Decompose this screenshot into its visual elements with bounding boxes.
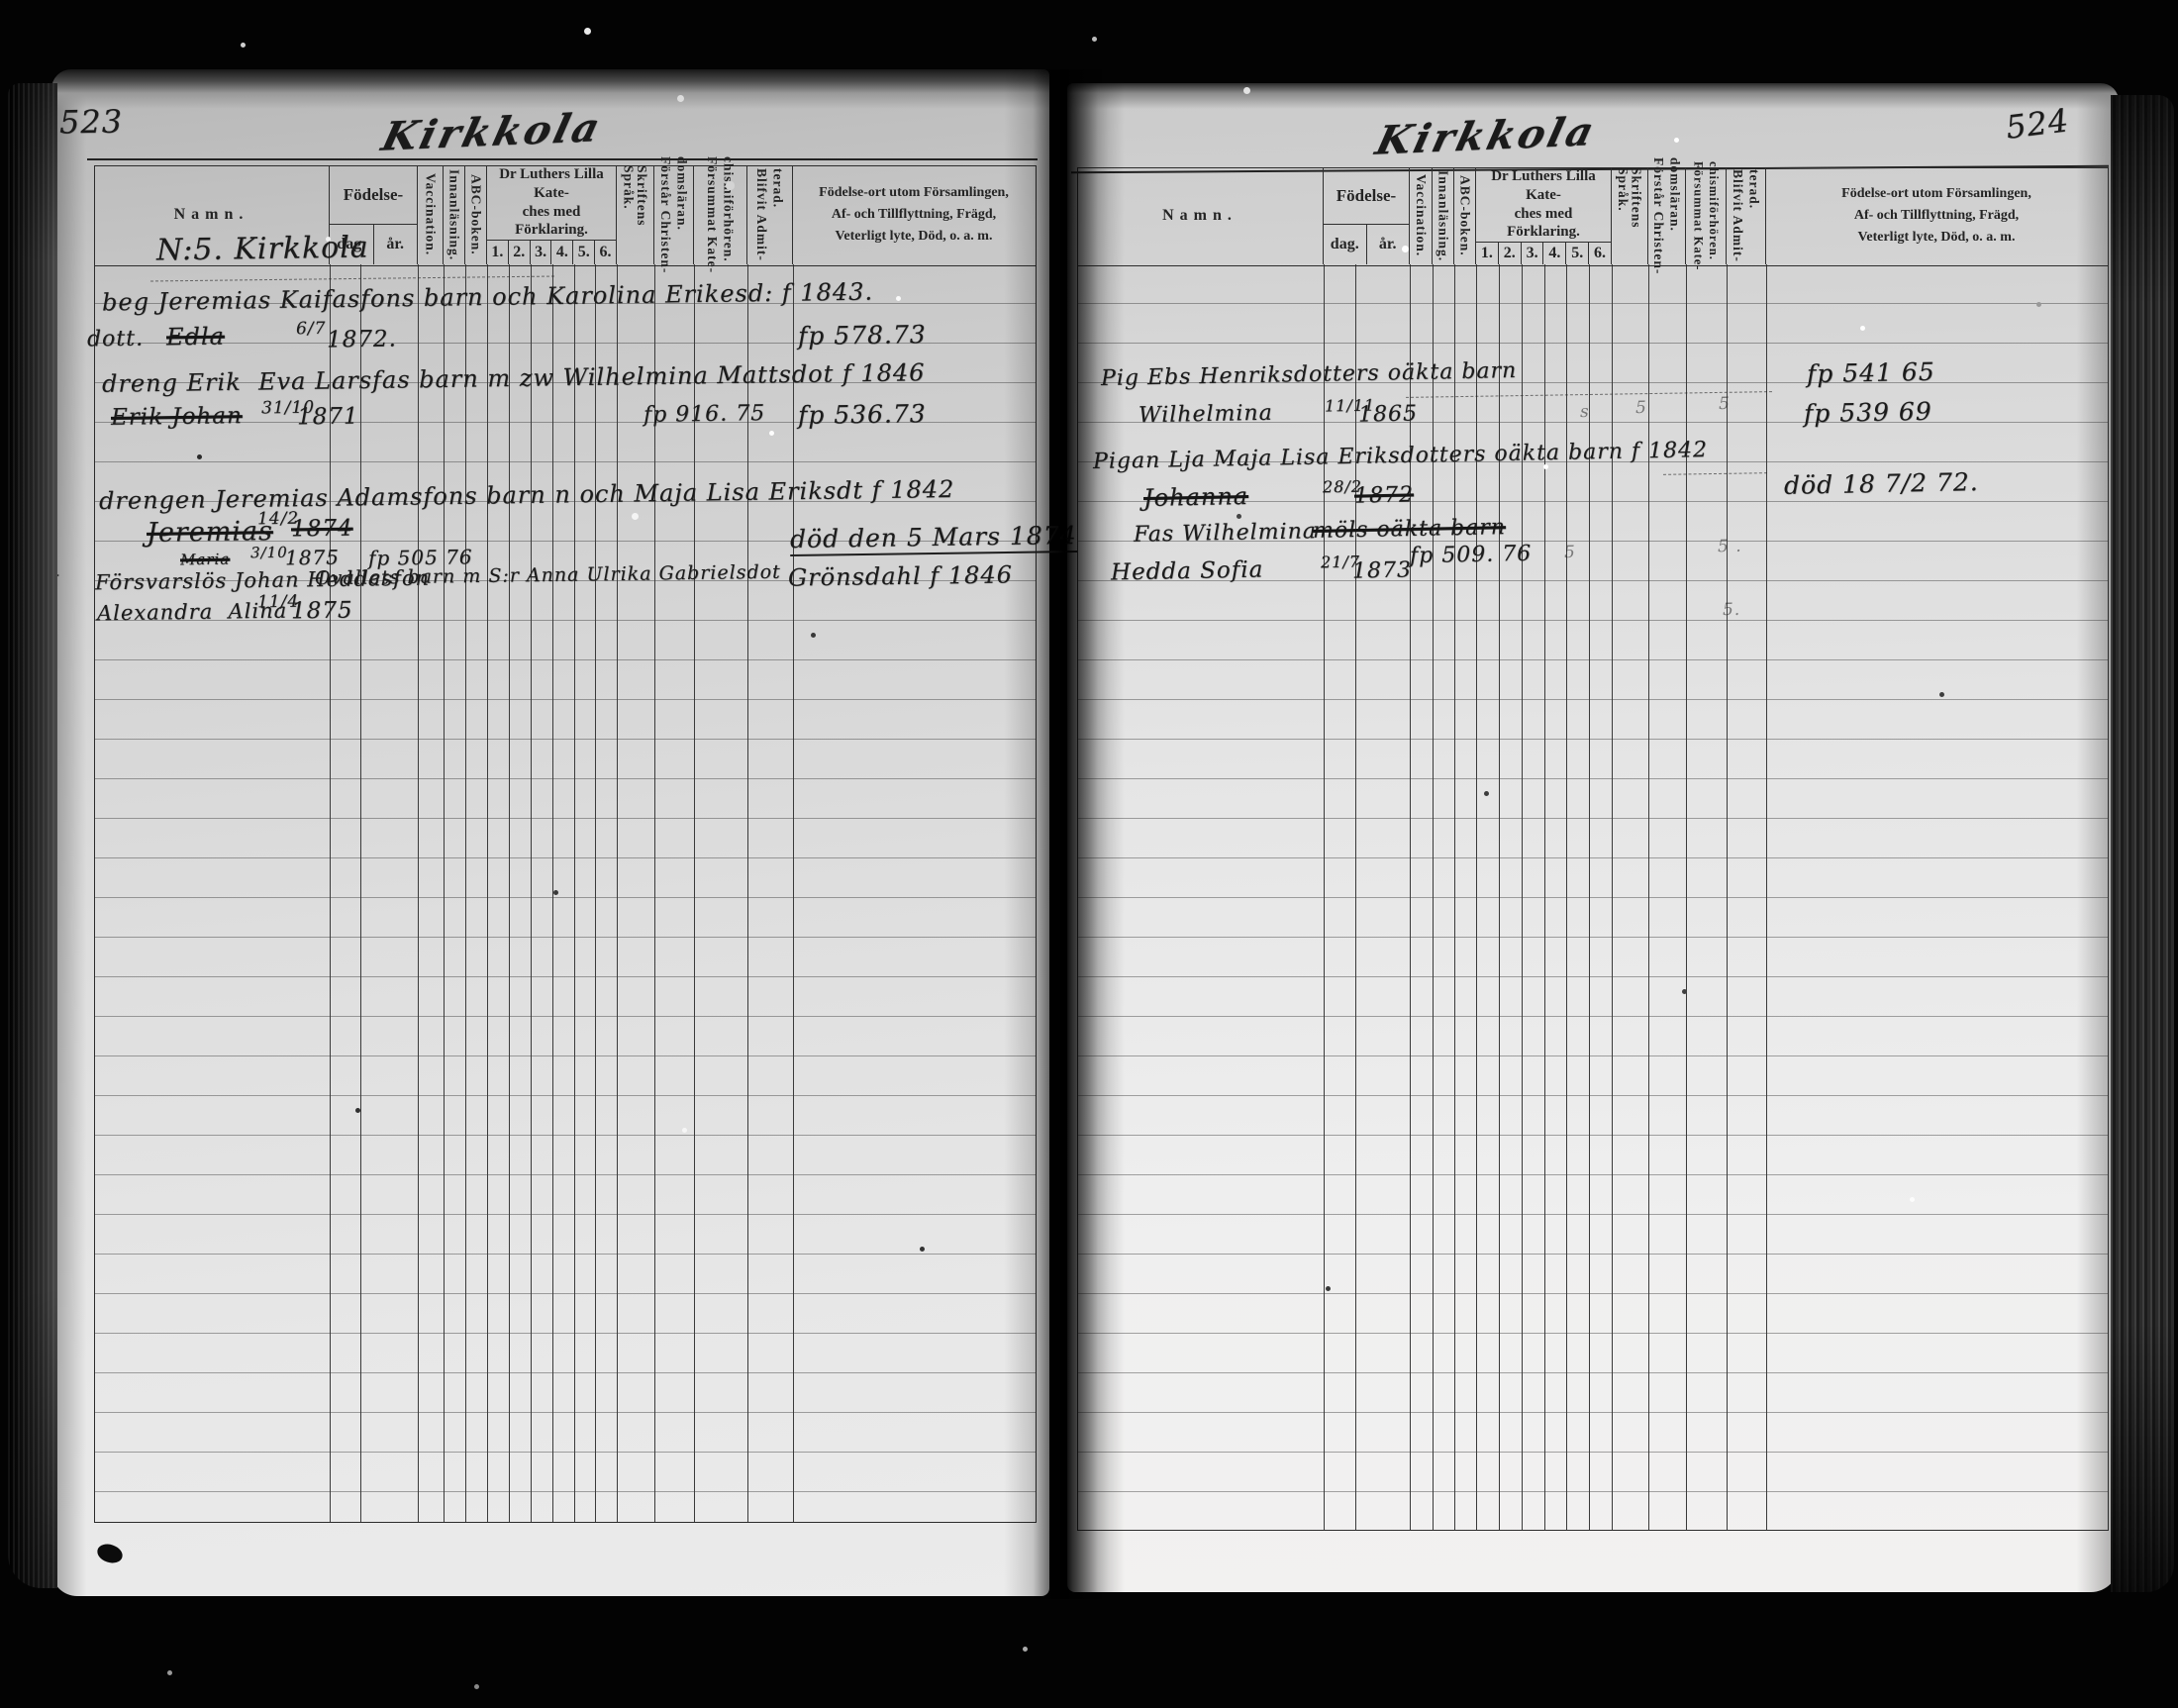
column-label: Försummat Kate- [1692, 161, 1705, 270]
column-header-forsummat: Försummat Kate- chismiförhören. [693, 165, 746, 264]
column-label: Veterligt lyte, Död, o. a. m. [836, 226, 993, 248]
column-label: Födelse-ort utom Församlingen, [819, 182, 1009, 204]
column-label: Blifvit Admit- [755, 168, 769, 261]
column-label: Skriftens Språk. [622, 165, 648, 264]
entry-note: Grönsdahl f 1846 [788, 560, 1013, 591]
column-label-dag: dag. [1324, 225, 1366, 264]
column-label: Innanläsning. [447, 169, 461, 260]
column-header-skriftens-sprak: Skriftens Språk. [1611, 167, 1647, 264]
column-label: domsläran. [1668, 157, 1682, 274]
scanned-register-book: 523 Kirkkola Namn. Födelse- dag. år. Vac… [0, 0, 2178, 1708]
column-label: Förstår Christen- [1652, 157, 1666, 274]
entry-child-name: Erik Johan [111, 403, 243, 431]
column-header-kateches: Dr Luthers Lilla Kate- ches med Förklari… [1475, 167, 1611, 264]
column-label-3: 3. [530, 241, 551, 264]
column-label: domsläran. [675, 156, 689, 273]
entry-birth-year: 1875 [291, 598, 353, 625]
entry-faint-mark: s [1580, 402, 1590, 422]
column-header-skriftens-sprak: Skriftens Språk. [616, 165, 653, 264]
column-label-1: 1. [1476, 243, 1498, 264]
page-number: 523 [59, 103, 124, 142]
column-label: terad. [771, 168, 785, 261]
column-label: chismiförhören. [1708, 161, 1721, 270]
entry-birth-year: 1872. [327, 327, 397, 353]
entry-death-note: död 18 7/2 72. [1784, 467, 1979, 500]
page-number: 524 [2004, 101, 2071, 147]
column-header-fodelse: Födelse- dag. år. [1323, 167, 1409, 264]
column-label: Skriftens Språk. [1617, 167, 1643, 264]
column-label: Födelse- [344, 185, 403, 205]
column-label-4: 4. [1542, 243, 1565, 264]
column-header-kateches: Dr Luthers Lilla Kate- ches med Förklari… [486, 165, 616, 264]
entry-note: fp 578.73 [798, 320, 927, 351]
entry-note: fp 509. 76 [1410, 542, 1533, 568]
dust-specks-light [0, 0, 3, 3]
column-label: Försummat Kate- [706, 156, 720, 273]
entry-child-name: Hedda Sofia [1111, 557, 1264, 586]
title-rule [87, 158, 1038, 160]
entry-birth-day-2: 3/10 [250, 544, 288, 562]
entry-birth-year: 1874 [291, 516, 353, 543]
column-header-fodelseort: Födelse-ort utom Församlingen, Af- och T… [792, 165, 1035, 264]
column-label-1: 1. [487, 241, 508, 264]
column-label: Blifvit Admit- [1732, 169, 1745, 262]
column-label: ABC-boken. [469, 174, 483, 255]
column-label: ches med Förklaring. [1476, 205, 1611, 243]
entry-note: fp 536.73 [798, 399, 927, 430]
column-label-6: 6. [1588, 243, 1611, 264]
section-heading: N:5. Kirkkola [156, 231, 369, 268]
column-label: Dr Luthers Lilla Kate- [1476, 167, 1611, 205]
column-label-ar: år. [373, 225, 418, 264]
entry-birth-year: 1865 [1358, 401, 1418, 427]
table-body-grid [94, 264, 1037, 1523]
column-label-5: 5. [1565, 243, 1588, 264]
entry-faint-mark: 5. [1723, 600, 1741, 620]
column-header-innanlasning: Innanläsning. [1432, 167, 1453, 264]
column-header-forstar: Förstår Christen- domsläran. [1647, 167, 1685, 264]
entry-relation: dott. [87, 327, 144, 352]
column-header-forsummat: Försummat Kate- chismiförhören. [1685, 167, 1726, 264]
column-label: Namn. [174, 206, 249, 224]
dust-specks-dark [0, 0, 3, 3]
column-label-5: 5. [572, 241, 594, 264]
column-header-blifvit: Blifvit Admit- terad. [1726, 167, 1765, 264]
column-label: Af- och Tillflyttning, Frägd, [832, 204, 996, 226]
column-label: ches med Förklaring. [487, 203, 616, 241]
entry-note: fp 539 69 [1804, 397, 1932, 428]
entry-birth-year-2: 1875 [285, 546, 340, 570]
column-header-blifvit: Blifvit Admit- terad. [746, 165, 792, 264]
column-header-abc-boken: ABC-boken. [1453, 167, 1475, 264]
column-label-6: 6. [594, 241, 616, 264]
entry-child-name: Edla [166, 323, 225, 352]
entry-birth-day: 6/7 [296, 319, 327, 339]
entry-faint-mark: 5 [1635, 398, 1647, 418]
entry-alt-name: Maria [180, 551, 230, 569]
entry-child-name: Fas Wilhelmina [1134, 519, 1317, 548]
column-label: terad. [1747, 169, 1761, 262]
column-label: Namn. [1162, 207, 1237, 225]
column-label: Vaccination. [424, 173, 438, 255]
entry-note: fp 541 65 [1807, 357, 1935, 388]
entry-birth-year: 1872 [1354, 482, 1414, 508]
column-label: Innanläsning. [1436, 170, 1450, 261]
entry-faint-mark: 5 [1564, 543, 1576, 562]
book-fore-edge-left [8, 83, 57, 1588]
entry-faint-mark: 5 [1719, 394, 1731, 414]
column-label: chismiförhören. [722, 156, 736, 273]
column-label-2: 2. [1498, 243, 1521, 264]
column-label: Vaccination. [1414, 174, 1428, 256]
entry-birth-year: 1871 [297, 404, 359, 431]
entry-note: fp 916. 75 [643, 401, 766, 428]
column-label-4: 4. [550, 241, 572, 264]
column-header-vaccination: Vaccination. [1409, 167, 1432, 264]
book-fore-edge-right [2111, 95, 2174, 1592]
column-label: Födelse- [1336, 186, 1396, 206]
column-label: Veterligt lyte, Död, o. a. m. [1858, 227, 2016, 249]
entry-parents: möls oäkta barn [1313, 515, 1506, 544]
entry-child-name: Johanna [1143, 482, 1249, 512]
column-header-vaccination: Vaccination. [417, 165, 443, 264]
column-header-fodelseort: Födelse-ort utom Församlingen, Af- och T… [1765, 167, 2107, 264]
column-header-abc-boken: ABC-boken. [464, 165, 486, 264]
column-header-forstar: Förstår Christen- domsläran. [653, 165, 693, 264]
book-gutter-shadow [1004, 69, 1125, 1599]
column-label: Af- och Tillflyttning, Frägd, [1854, 205, 2019, 227]
column-label: Förstår Christen- [659, 156, 673, 273]
column-label: Födelse-ort utom Församlingen, [1841, 183, 2031, 205]
column-label-ar: år. [1366, 225, 1410, 264]
entry-child-name: Wilhelmina [1138, 401, 1273, 429]
column-header-innanlasning: Innanläsning. [443, 165, 464, 264]
entry-birth-year: 1873 [1352, 557, 1412, 583]
column-label: Dr Luthers Lilla Kate- [487, 165, 616, 203]
column-label-2: 2. [508, 241, 530, 264]
entry-faint-mark: 5 . [1718, 537, 1742, 556]
column-label: ABC-boken. [1458, 175, 1472, 256]
column-label-3: 3. [1521, 243, 1543, 264]
